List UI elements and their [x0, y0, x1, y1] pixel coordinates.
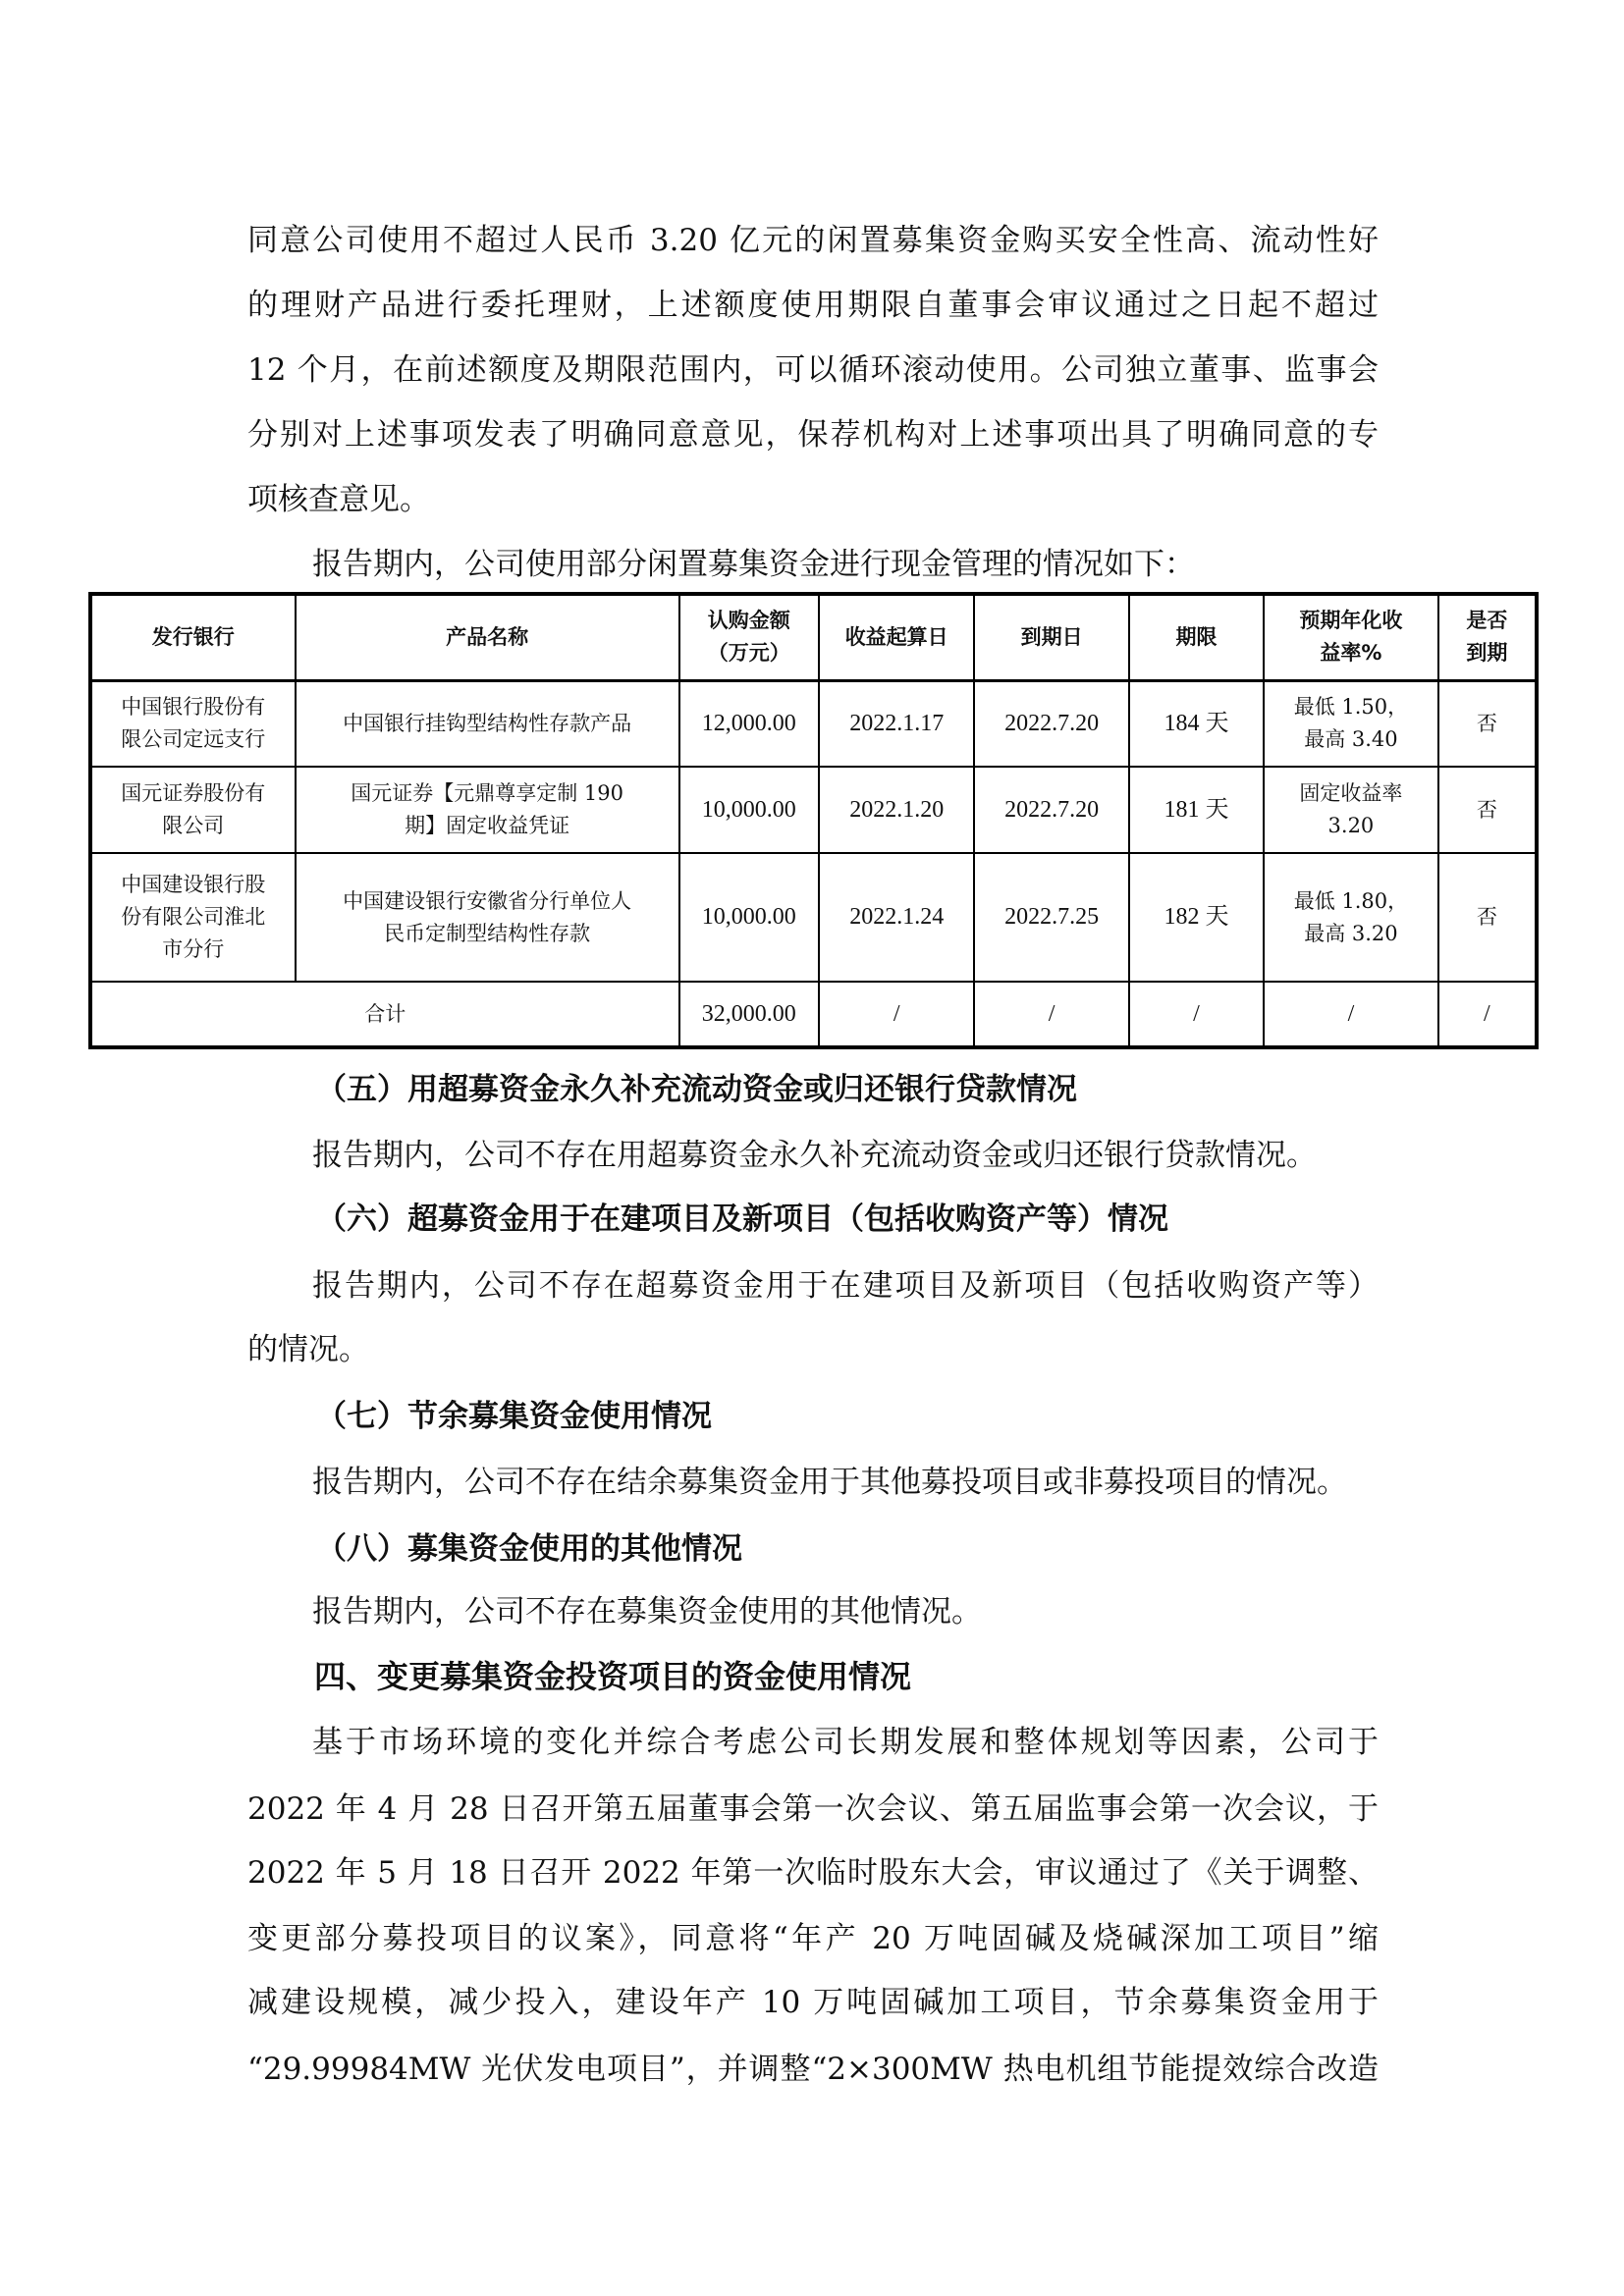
section-body-line: 报告期内，公司不存在超募资金用于在建项目及新项目（包括收购资产等）	[312, 1266, 1379, 1306]
cell-total-expected-yield: /	[1264, 982, 1437, 1047]
cell-amount: 12,000.00	[679, 680, 819, 767]
paragraph-line: 同意公司使用不超过人民币 3.20 亿元的闲置募集资金购买安全性高、流动性好	[247, 221, 1379, 260]
cell-matured: 否	[1438, 767, 1537, 853]
cell-start-date: 2022.1.20	[819, 767, 974, 853]
table-row: 中国建设银行股份有限公司淮北市分行 中国建设银行安徽省分行单位人民币定制型结构性…	[90, 853, 1537, 982]
cash-management-table: 发行银行 产品名称 认购金额（万元） 收益起算日 到期日 期限 预期年化收益率%…	[88, 592, 1539, 1049]
header-product-name: 产品名称	[296, 594, 679, 680]
cell-matured: 否	[1438, 680, 1537, 767]
table-row: 国元证券股份有限公司 国元证券【元鼎尊享定制 190期】固定收益凭证 10,00…	[90, 767, 1537, 853]
paragraph-line: 12 个月，在前述额度及期限范围内，可以循环滚动使用。公司独立董事、监事会	[247, 350, 1379, 390]
header-maturity-date: 到期日	[974, 594, 1128, 680]
section-heading-8: （八）募集资金使用的其他情况	[316, 1529, 742, 1569]
cell-expected-yield: 固定收益率3.20	[1264, 767, 1437, 853]
chapter-heading-4: 四、变更募集资金投资项目的资金使用情况	[314, 1657, 911, 1696]
cell-maturity-date: 2022.7.20	[974, 767, 1128, 853]
cell-product: 中国银行挂钩型结构性存款产品	[296, 680, 679, 767]
paragraph-line: 减建设规模，减少投入，建设年产 10 万吨固碱加工项目，节余募集资金用于	[247, 1983, 1379, 2022]
paragraph-line: 分别对上述事项发表了明确同意意见，保荐机构对上述事项出具了明确同意的专	[247, 415, 1379, 454]
paragraph-line: 基于市场环境的变化并综合考虑公司长期发展和整体规划等因素，公司于	[312, 1723, 1379, 1762]
table-row: 中国银行股份有限公司定远支行 中国银行挂钩型结构性存款产品 12,000.00 …	[90, 680, 1537, 767]
header-start-date: 收益起算日	[819, 594, 974, 680]
cell-term: 184 天	[1129, 680, 1264, 767]
section-body-line: 报告期内，公司不存在用超募资金永久补充流动资金或归还银行贷款情况。	[312, 1136, 1379, 1175]
cell-total-label: 合计	[90, 982, 679, 1047]
cell-expected-yield: 最低 1.80，最高 3.20	[1264, 853, 1437, 982]
header-expected-yield: 预期年化收益率%	[1264, 594, 1437, 680]
cell-amount: 10,000.00	[679, 767, 819, 853]
paragraph-line: “29.99984MW 光伏发电项目”，并调整“2×300MW 热电机组节能提效…	[247, 2050, 1379, 2089]
header-amount: 认购金额（万元）	[679, 594, 819, 680]
cell-term: 182 天	[1129, 853, 1264, 982]
section-heading-7: （七）节余募集资金使用情况	[316, 1397, 712, 1436]
cell-total-maturity-date: /	[974, 982, 1128, 1047]
cell-total-amount: 32,000.00	[679, 982, 819, 1047]
section-heading-5: （五）用超募资金永久补充流动资金或归还银行贷款情况	[316, 1070, 1077, 1109]
header-matured: 是否到期	[1438, 594, 1537, 680]
paragraph-line: 2022 年 4 月 28 日召开第五届董事会第一次会议、第五届监事会第一次会议…	[247, 1789, 1379, 1829]
table-total-row: 合计 32,000.00 / / / / /	[90, 982, 1537, 1047]
paragraph-line: 2022 年 5 月 18 日召开 2022 年第一次临时股东大会，审议通过了《…	[247, 1853, 1379, 1893]
table-intro-text: 报告期内，公司使用部分闲置募集资金进行现金管理的情况如下：	[312, 545, 1379, 584]
header-issuing-bank: 发行银行	[90, 594, 296, 680]
section-heading-6: （六）超募资金用于在建项目及新项目（包括收购资产等）情况	[316, 1200, 1168, 1239]
cell-bank: 中国建设银行股份有限公司淮北市分行	[90, 853, 296, 982]
cell-maturity-date: 2022.7.25	[974, 853, 1128, 982]
cell-total-term: /	[1129, 982, 1264, 1047]
table-header-row: 发行银行 产品名称 认购金额（万元） 收益起算日 到期日 期限 预期年化收益率%…	[90, 594, 1537, 680]
paragraph-line: 项核查意见。	[247, 480, 1379, 519]
cell-term: 181 天	[1129, 767, 1264, 853]
paragraph-line: 变更部分募投项目的议案》，同意将“年产 20 万吨固碱及烧碱深加工项目”缩	[247, 1919, 1379, 1958]
cell-maturity-date: 2022.7.20	[974, 680, 1128, 767]
cell-amount: 10,000.00	[679, 853, 819, 982]
cell-start-date: 2022.1.17	[819, 680, 974, 767]
cell-total-matured: /	[1438, 982, 1537, 1047]
section-body-line: 报告期内，公司不存在结余募集资金用于其他募投项目或非募投项目的情况。	[312, 1463, 1379, 1502]
paragraph-line: 的理财产品进行委托理财，上述额度使用期限自董事会审议通过之日起不超过	[247, 286, 1379, 325]
section-body-line: 的情况。	[247, 1330, 1379, 1369]
cell-product: 国元证券【元鼎尊享定制 190期】固定收益凭证	[296, 767, 679, 853]
cell-product: 中国建设银行安徽省分行单位人民币定制型结构性存款	[296, 853, 679, 982]
cell-bank: 国元证券股份有限公司	[90, 767, 296, 853]
cell-start-date: 2022.1.24	[819, 853, 974, 982]
cell-expected-yield: 最低 1.50，最高 3.40	[1264, 680, 1437, 767]
cell-bank: 中国银行股份有限公司定远支行	[90, 680, 296, 767]
cell-total-start-date: /	[819, 982, 974, 1047]
header-term: 期限	[1129, 594, 1264, 680]
cell-matured: 否	[1438, 853, 1537, 982]
section-body-line: 报告期内，公司不存在募集资金使用的其他情况。	[312, 1592, 1379, 1631]
